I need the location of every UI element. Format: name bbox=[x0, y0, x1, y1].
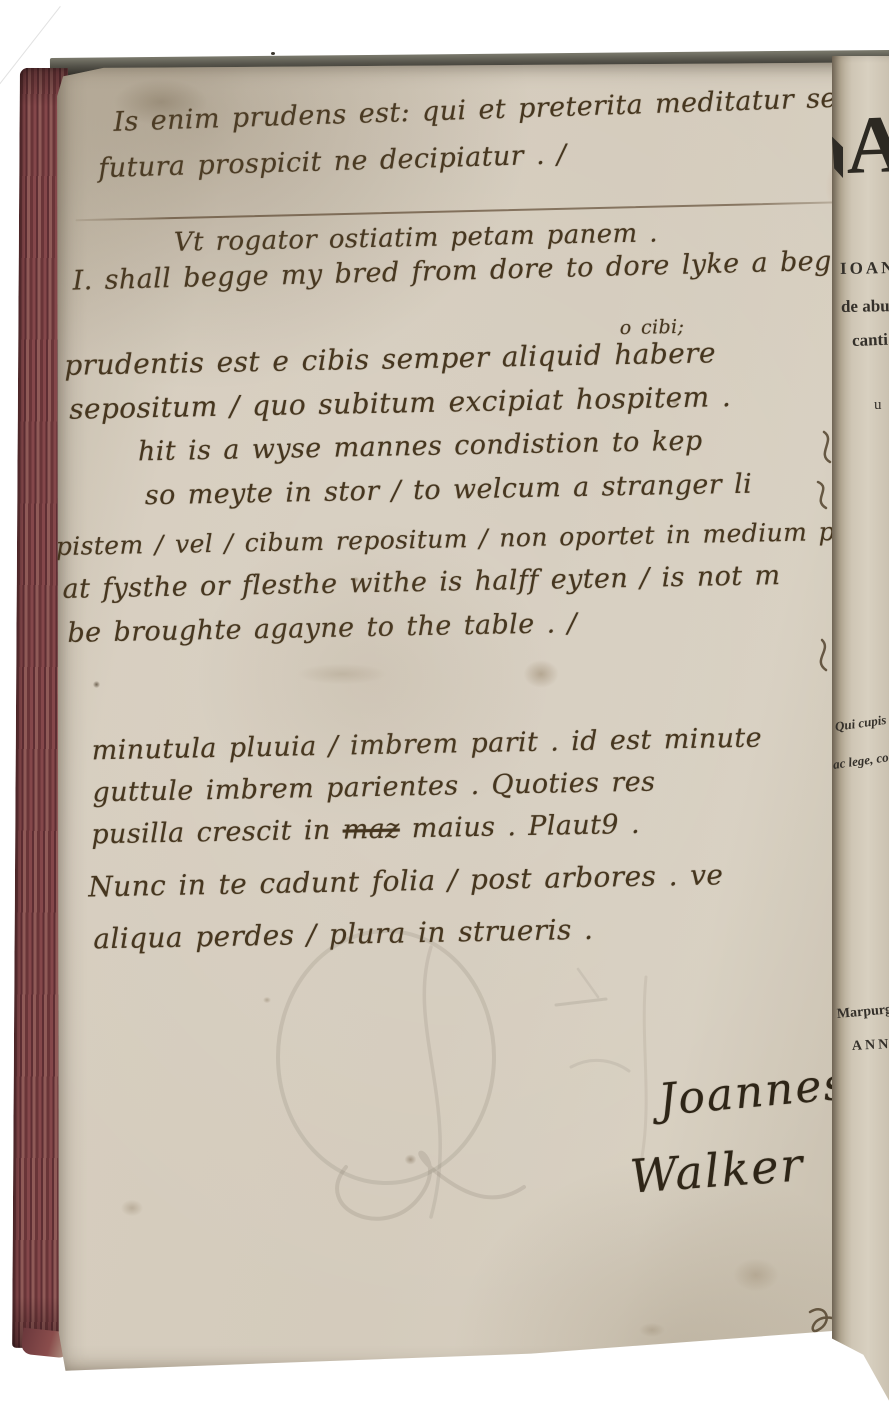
title-big-letter: A bbox=[845, 103, 889, 187]
print-fragment: Marpurgi a bbox=[836, 1002, 889, 1022]
print-fragment: ANN bbox=[852, 1038, 889, 1054]
manuscript-line: at fysthe or flesthe withe is halff eyte… bbox=[62, 562, 780, 603]
print-fragment: de abuſ bbox=[841, 297, 889, 315]
manuscript-line: minutula pluuia / imbrem parit . id est … bbox=[91, 725, 762, 765]
manuscript-line: Nunc in te cadunt folia / post arbores .… bbox=[88, 861, 724, 901]
manuscript-line: futura prospicit ne decipiatur . / bbox=[98, 141, 567, 182]
owner-signature-last-name: Walker bbox=[628, 1141, 805, 1199]
print-fragment: canti bbox=[852, 331, 888, 349]
manuscript-line: guttule imbrem parientes . Quoties res bbox=[92, 769, 655, 807]
print-fragment: IOAN bbox=[840, 259, 889, 277]
struck-word: maz bbox=[342, 813, 400, 845]
manuscript-line: so meyte in stor / to welcum a stranger … bbox=[145, 471, 753, 510]
print-fragment: u bbox=[874, 398, 882, 413]
manuscript-line: hit is a wyse mannes condistion to kep bbox=[138, 428, 703, 466]
manuscript-line: prudentis est e cibis semper aliquid hab… bbox=[64, 339, 716, 380]
dust-speck bbox=[271, 52, 275, 55]
print-fragment: Qui cupis occ bbox=[834, 710, 889, 733]
owner-signature-first-name: Joannes bbox=[657, 1062, 850, 1123]
handwriting-layer: Is enim prudens est: qui et preterita me… bbox=[43, 55, 860, 1380]
manuscript-line: pistem / vel / cibum repositum / non opo… bbox=[56, 518, 876, 559]
photograph-of-open-book: Is enim prudens est: qui et preterita me… bbox=[0, 0, 889, 1417]
interlinear-note: o cibi; bbox=[620, 318, 685, 338]
manuscript-page: Is enim prudens est: qui et preterita me… bbox=[56, 62, 848, 1372]
manuscript-line: Vt rogator ostiatim petam panem . bbox=[174, 220, 658, 255]
manuscript-line: Is enim prudens est: qui et preterita me… bbox=[113, 85, 837, 136]
manuscript-line: pusilla crescit in maz maius . Plaut9 . bbox=[91, 811, 640, 849]
print-fragment: ac lege, comm bbox=[832, 747, 889, 770]
ink-rule-line bbox=[76, 201, 858, 221]
line-pre: pusilla crescit in bbox=[91, 815, 343, 851]
partial-letter-fragment bbox=[832, 134, 843, 178]
manuscript-line: be broughte agayne to the table . / bbox=[67, 610, 577, 647]
manuscript-line: aliqua perdes / plura in strueris . bbox=[93, 916, 593, 954]
facing-title-page: A IOAN de abuſ canti u Qui cupis occ ac … bbox=[832, 56, 889, 1406]
line-post: maius . Plaut9 . bbox=[399, 809, 640, 845]
manuscript-line: sepositum / quo subitum excipiat hospite… bbox=[69, 383, 732, 424]
